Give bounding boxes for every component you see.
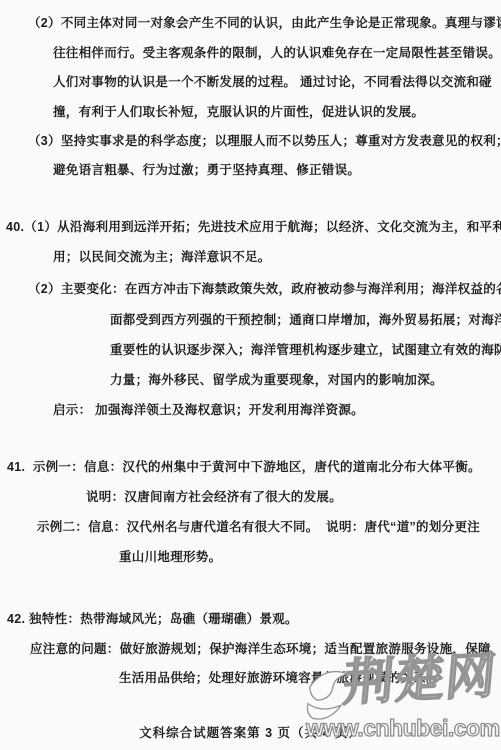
prev-part2-line4: 撞，有利于人们取长补短，克服认识的片面性，促进认识的发展。 bbox=[53, 102, 424, 120]
prev-part2-line3: 人们对事物的认识是一个不断发展的过程。 通过讨论，不同看法得以交流和碰 bbox=[53, 72, 492, 90]
q41-line1: 41. 示例一：信息：汉代的州集中于黄河中下游地区，唐代的道南北分布大体平衡。 bbox=[7, 457, 481, 475]
prev-part2-line2: 往往相伴而行。受主客观条件的限制，人的认识难免存在一定局限性甚至错误。 bbox=[53, 43, 501, 61]
q40-part2-line3: 重要性的认识逐步深入；海洋管理机构逐步建立，试图建立有效的海防 bbox=[110, 340, 501, 358]
q42-line3: 生活用品供给；处理好旅游环境容量与旅游规模的关系。 bbox=[119, 668, 439, 686]
q40-part2-line4: 力量；海外移民、留学成为重要现象，对国内的影响加深。 bbox=[110, 370, 443, 388]
q40-part2-line2: 面都受到西方列强的干预控制；通商口岸增加，海外贸易拓展；对海洋 bbox=[110, 310, 501, 328]
prev-part2-line1: （2）不同主体对同一对象会产生不同的认识，由此产生争论是正常现象。真理与谬误 bbox=[28, 13, 501, 31]
answer-sheet-page: （2）不同主体对同一对象会产生不同的认识，由此产生争论是正常现象。真理与谬误 往… bbox=[0, 0, 501, 750]
q40-part2-line1: （2）主要变化：在西方冲击下海禁政策失效，政府被动参与海洋利用；海洋权益的各方 bbox=[28, 279, 501, 297]
prev-part3-line2: 避免语言粗暴、行为过激；勇于坚持真理、修正错误。 bbox=[53, 160, 360, 178]
q40-inspiration-line: 启示： 加强海洋领土及海权意识；开发利用海洋资源。 bbox=[53, 400, 364, 418]
q41-line2: 说明：汉唐间南方社会经济有了很大的发展。 bbox=[86, 487, 342, 505]
q42-line2: 应注意的问题：做好旅游规划；保护海洋生态环境；适当配置旅游服务设施，保障 bbox=[30, 639, 491, 657]
footer-page-label: 文科综合试题答案第 3 页（共 4 页） bbox=[0, 723, 501, 741]
q40-part1-line2: 用；以民间交流为主；海洋意识不足。 bbox=[53, 247, 271, 265]
q41-line3: 示例二：信息：汉代州名与唐代道名有很大不同。 说明：唐代“道”的划分更注 bbox=[37, 517, 480, 535]
q40-part1-line1: 40.（1）从沿海利用到远洋开拓；先进技术应用于航海；以经济、文化交流为主，和平… bbox=[6, 217, 501, 235]
q41-line4: 重山川地理形势。 bbox=[119, 547, 221, 565]
q42-line1: 42. 独特性：热带海域风光；岛礁（珊瑚礁）景观。 bbox=[7, 609, 298, 627]
prev-part3-line1: （3）坚持实事求是的科学态度；以理服人而不以势压人；尊重对方发表意见的权利； bbox=[28, 131, 501, 149]
